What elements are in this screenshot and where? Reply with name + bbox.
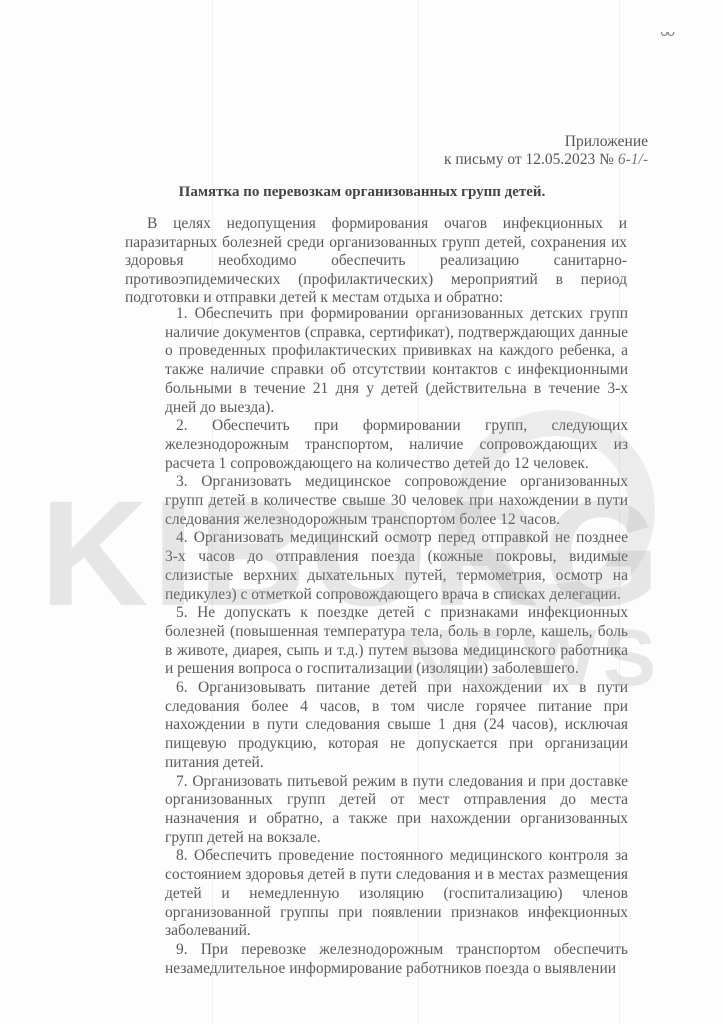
intro-paragraph: В целях недопущения формирования очагов … [125,215,627,308]
list-item: 1. Обеспечить при формировании организов… [165,305,628,417]
handwritten-mark: ᴗᴗ [660,24,673,40]
list-item: 8. Обеспечить проведение постоянного мед… [165,847,628,941]
appendix-reference: к письму от 12.05.2023 № 6-1/- [444,151,648,169]
list-item: 7. Организовать питьевой режим в пути сл… [165,773,628,848]
document-page: ᴗᴗ Приложение к письму от 12.05.2023 № 6… [0,0,724,1024]
watermark-logo-icon [455,410,655,610]
list-item: 6. Организовывать питание детей при нахо… [165,679,628,773]
appendix-label: Приложение [444,133,648,151]
document-title: Памятка по перевозкам организованных гру… [0,184,724,201]
appendix-header: Приложение к письму от 12.05.2023 № 6-1/… [444,133,648,169]
appendix-letter-date: к письму от 12.05.2023 № [444,151,614,168]
list-item: 5. Не допускать к поездке детей с призна… [165,604,628,679]
appendix-letter-number: 6-1/- [618,151,648,168]
list-item: 9. При перевозке железнодорожным транспо… [165,941,628,978]
measures-list: 1. Обеспечить при формировании организов… [165,305,628,978]
